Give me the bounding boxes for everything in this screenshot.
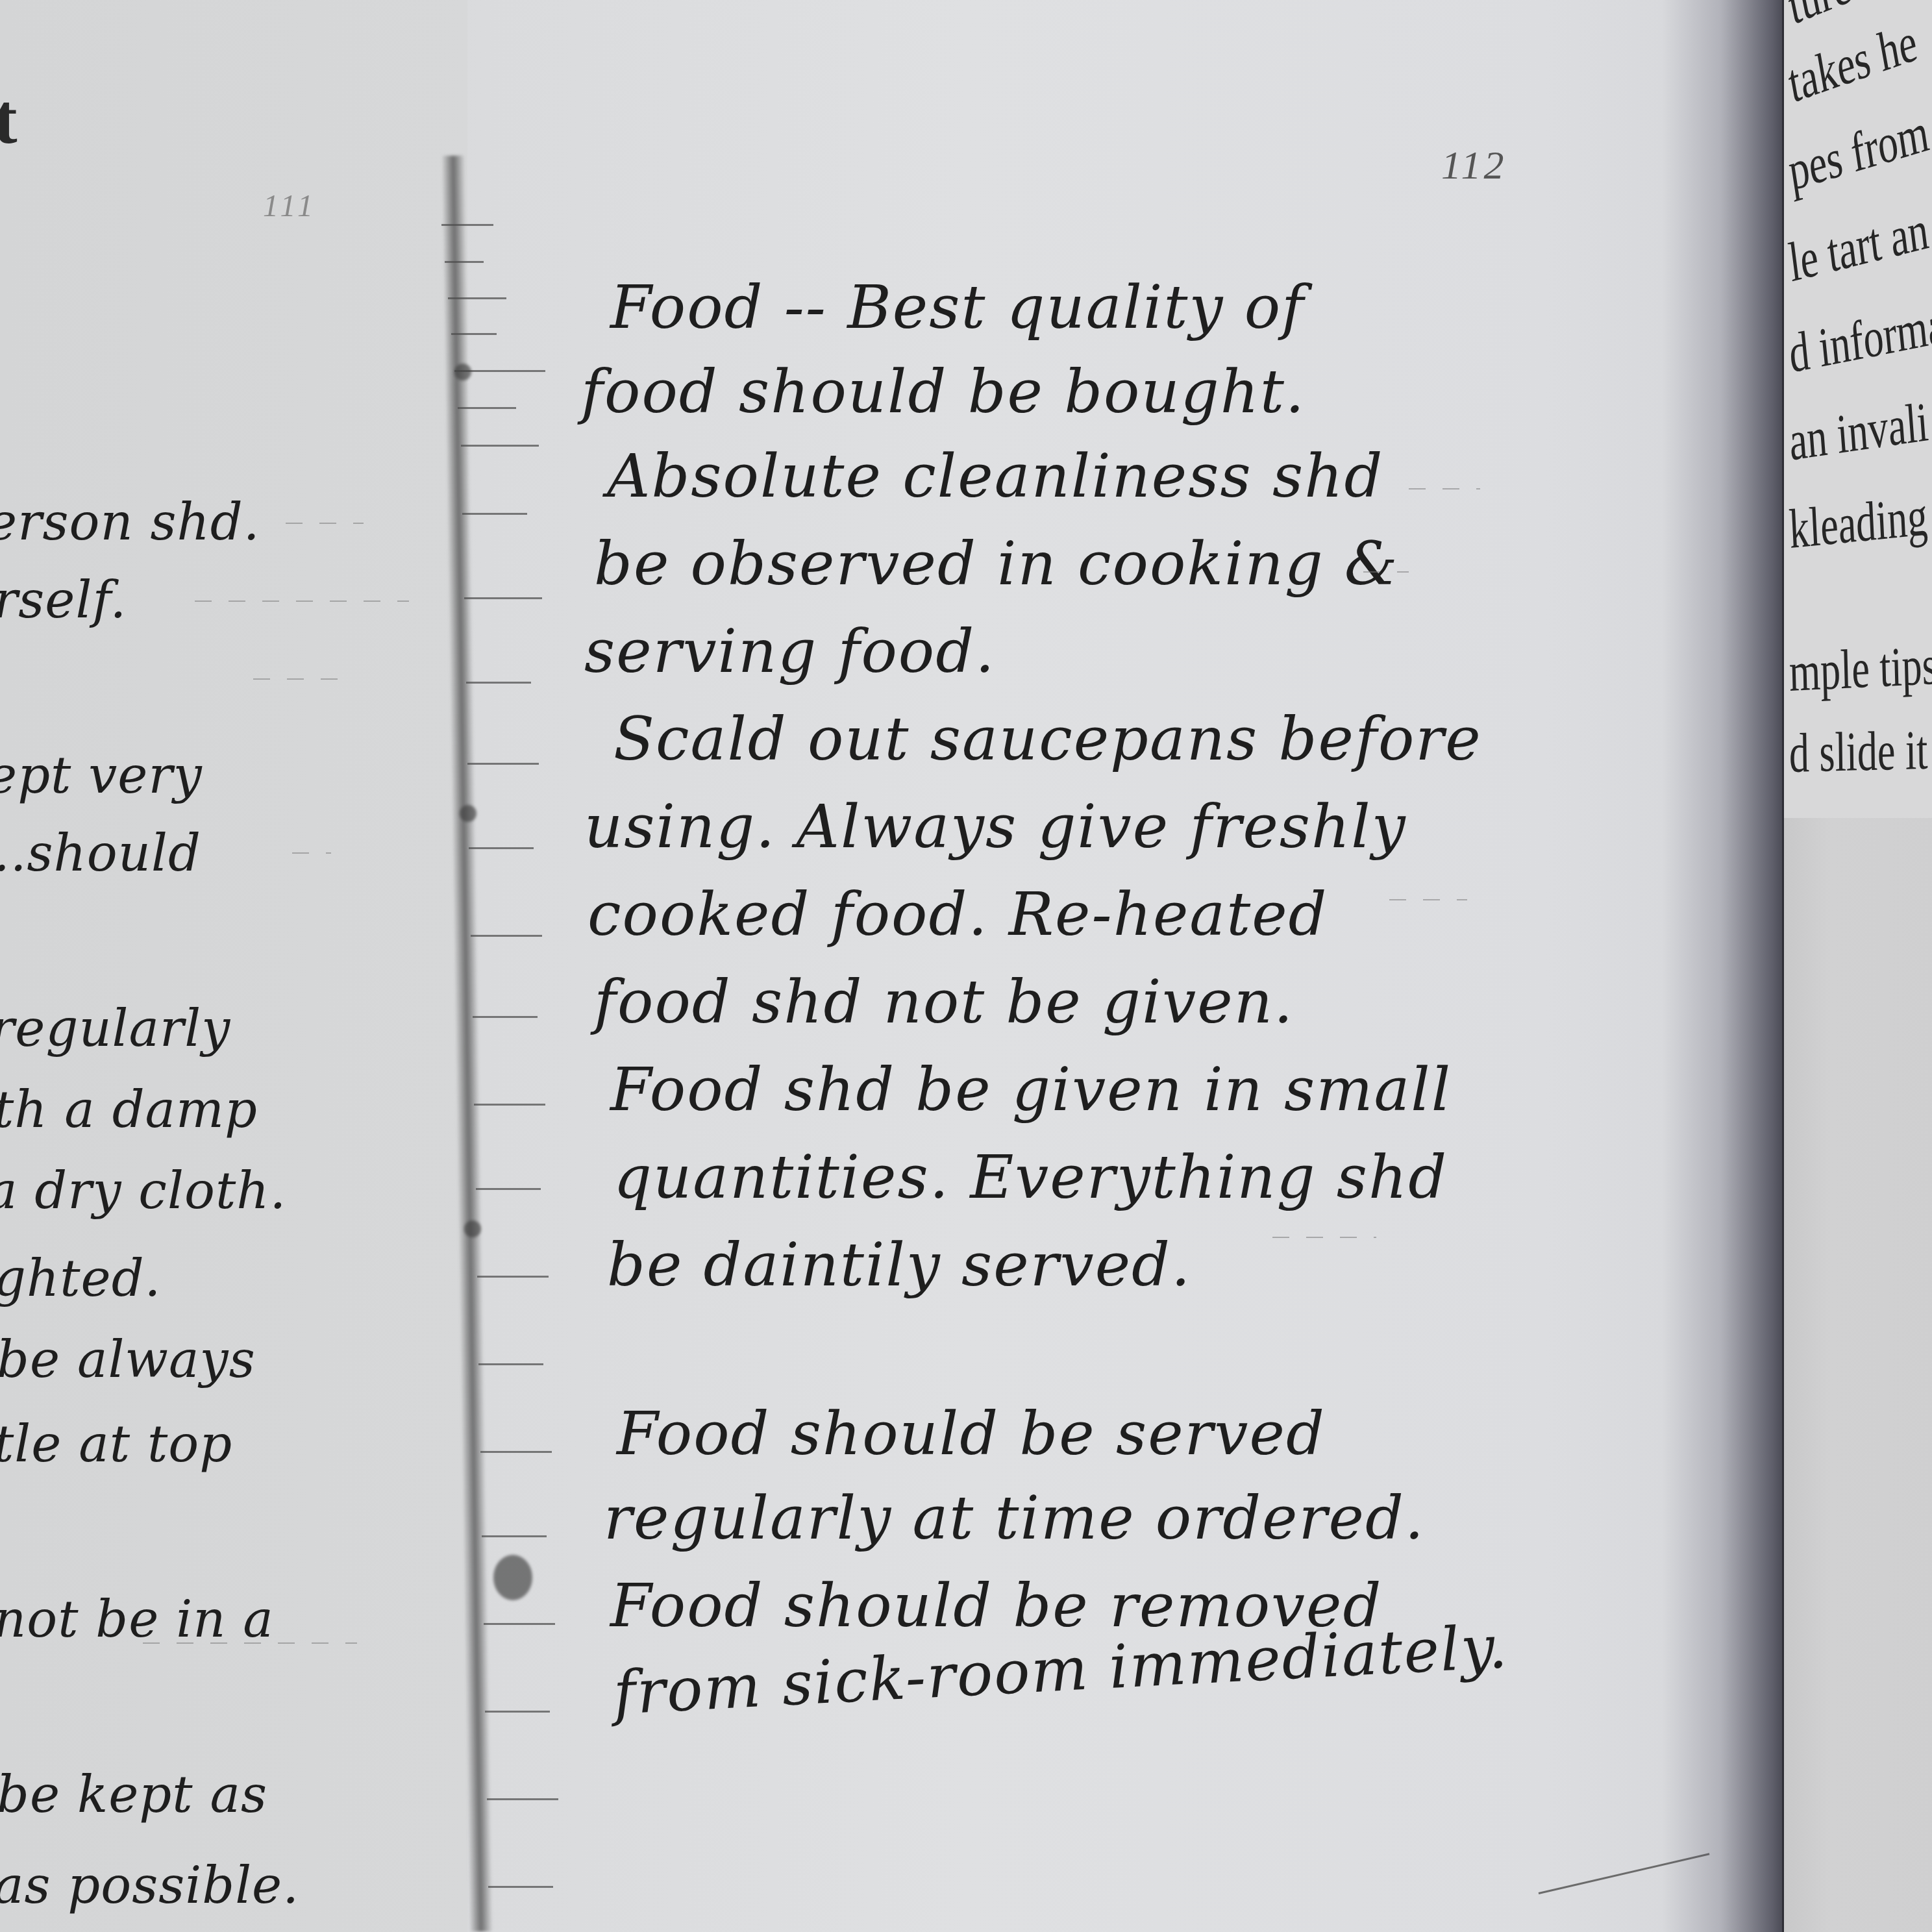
printed-line: pes from: [1785, 99, 1932, 204]
printed-line: le tart an: [1785, 197, 1932, 295]
left-line: th a damp: [0, 1081, 258, 1139]
note-line: regularly at time ordered.: [604, 1483, 1425, 1553]
ruled-line: [1389, 899, 1467, 900]
left-line: erson shd.: [0, 493, 260, 552]
ruled-line: [253, 678, 351, 680]
note-line: quantities. Everything shd: [613, 1143, 1448, 1212]
left-line: be always: [0, 1331, 256, 1389]
printed-line: d informa: [1786, 291, 1932, 386]
note-line: Food should be served: [617, 1399, 1326, 1468]
left-line: ghted.: [0, 1250, 161, 1308]
left-line: as possible.: [0, 1857, 299, 1915]
left-line: rself.: [0, 571, 127, 630]
ruled-line: [1272, 1237, 1376, 1238]
printed-line: mple tips: [1789, 632, 1932, 704]
left-line: not be in a: [0, 1591, 274, 1649]
printed-line: d slide it i: [1789, 717, 1932, 786]
note-line: be daintily served.: [607, 1230, 1191, 1300]
book-gutter-shadow: [1662, 0, 1792, 1932]
printed-line: an invali: [1787, 389, 1930, 474]
note-line: food shd not be given.: [594, 967, 1294, 1037]
printed-line: kleading: [1787, 483, 1929, 561]
ruled-line: [143, 1642, 357, 1644]
left-line: ept very: [0, 747, 203, 805]
left-heading-fragment: t: [0, 78, 18, 160]
left-line: ..should: [0, 824, 201, 883]
printed-text-block: ture takes he pes from le tart an d info…: [1784, 0, 1932, 818]
left-page-number: 111: [263, 188, 317, 224]
left-line: tle at top: [0, 1415, 232, 1474]
note-line: cooked food. Re-heated: [588, 880, 1328, 949]
main-handwritten-page: 112 Food -- Best quality of food should …: [467, 0, 1753, 1932]
ruled-line: [1409, 488, 1480, 489]
note-line: Absolute cleanliness shd: [607, 441, 1383, 511]
left-line: a dry cloth.: [0, 1162, 286, 1220]
note-line: Food shd be given in small: [610, 1055, 1452, 1124]
main-page-number: 112: [1441, 143, 1506, 189]
ruled-line: [286, 523, 364, 524]
note-line: be observed in cooking &: [594, 529, 1399, 599]
ruled-line: [195, 601, 409, 602]
left-handwritten-page: t 111 erson shd. rself. ept very ..shoul…: [0, 0, 467, 1932]
left-line: regularly: [0, 1000, 230, 1058]
book-spread-photo: t 111 erson shd. rself. ept very ..shoul…: [0, 0, 1932, 1932]
note-line: Scald out saucepans before: [613, 704, 1482, 774]
note-line: Food -- Best quality of: [610, 273, 1305, 342]
right-printed-page: ture takes he pes from le tart an d info…: [1782, 0, 1932, 1932]
left-line: be kept as: [0, 1766, 267, 1824]
ruled-line: [292, 852, 331, 854]
note-line: using. Always give freshly: [584, 792, 1407, 861]
note-line: food should be bought.: [581, 357, 1306, 427]
ruled-line: [1363, 571, 1409, 573]
note-line: serving food.: [584, 617, 995, 686]
